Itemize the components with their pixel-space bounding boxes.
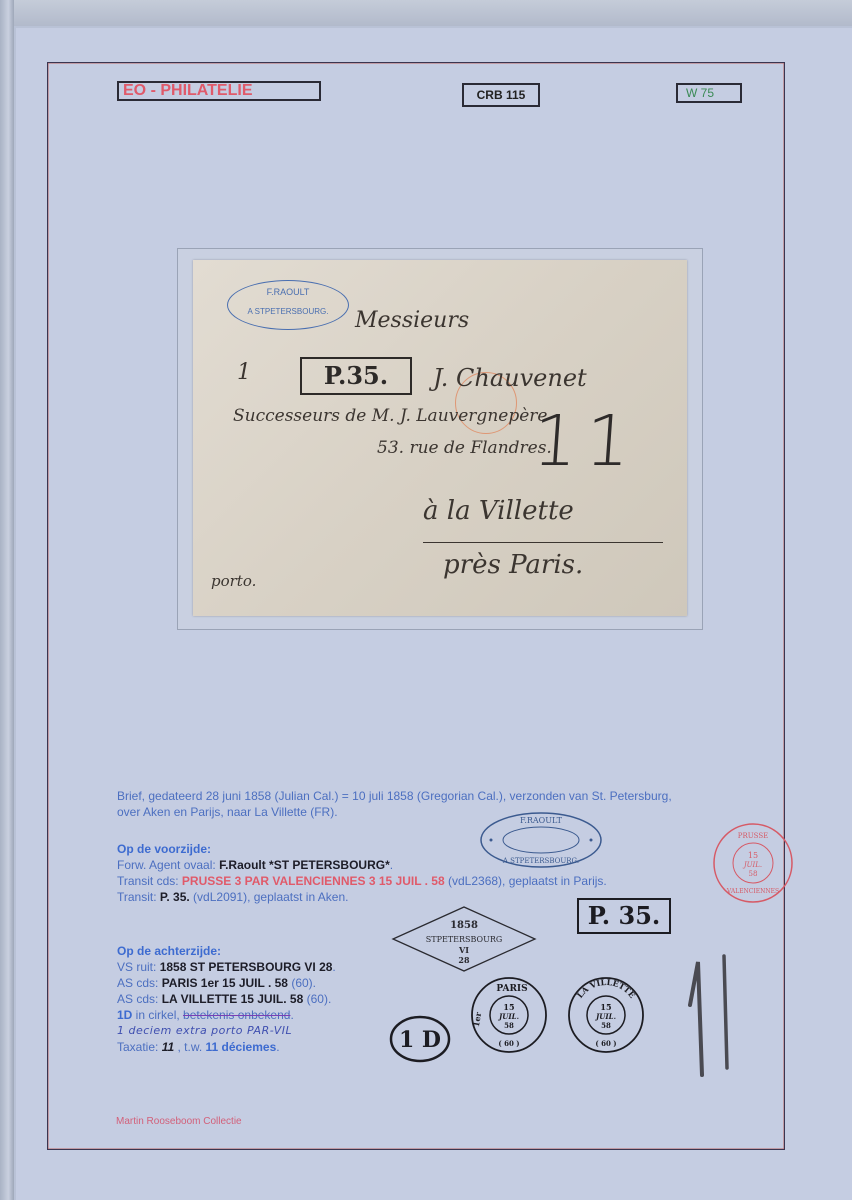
p35-box-stamp: P.35. bbox=[300, 357, 412, 395]
page-title: EO - PHILATELIE bbox=[123, 82, 252, 100]
back-line: AS cds: PARIS 1er 15 JUIL . 58 (60). bbox=[117, 975, 336, 991]
svg-text:VI: VI bbox=[458, 945, 469, 955]
address-line: Successeurs de M. J. Lauvergnepère bbox=[233, 406, 547, 426]
suffix: (vdL2368), geplaatst in Parijs. bbox=[445, 874, 607, 888]
svg-text:58: 58 bbox=[601, 1021, 611, 1030]
intro-line: Brief, gedateerd 28 juni 1858 (Julian Ca… bbox=[117, 788, 672, 804]
sheet-ref: W 75 bbox=[686, 86, 714, 100]
svg-text:1858: 1858 bbox=[450, 920, 478, 931]
suffix: . bbox=[332, 960, 335, 974]
circle-1d-illustration: 1 D bbox=[388, 1014, 452, 1064]
address-line: Messieurs bbox=[355, 308, 469, 333]
svg-text:STPETERSBOURG: STPETERSBOURG bbox=[426, 935, 502, 944]
address-line: J. Chauvenet bbox=[433, 364, 587, 392]
svg-text:15: 15 bbox=[600, 1002, 611, 1012]
svg-text:( 60 ): ( 60 ) bbox=[595, 1039, 616, 1048]
oval-bottom-text: A STPETERSBOURG. bbox=[228, 307, 348, 316]
svg-text:15: 15 bbox=[503, 1002, 514, 1012]
raoult-oval-illustration: F.RAOULT A STPETERSBOURG. bbox=[478, 810, 604, 870]
oval-top-text: F.RAOULT bbox=[228, 287, 348, 297]
prusse-cds-illustration: PRUSSE VALENCIENNES 15 JUIL. 58 bbox=[710, 820, 796, 906]
diamond-illustration: 1858 STPETERSBOURG VI 28 bbox=[390, 905, 538, 973]
catalog-ref-box: CRB 115 bbox=[462, 83, 540, 107]
svg-text:( 60 ): ( 60 ) bbox=[498, 1039, 519, 1048]
back-heading: Op de achterzijde: bbox=[117, 943, 336, 959]
prefix-mark: 1 bbox=[237, 360, 251, 385]
suffix: (60). bbox=[288, 976, 316, 990]
svg-text:PARIS: PARIS bbox=[496, 984, 527, 994]
suffix: . bbox=[276, 1040, 279, 1054]
porto-note: porto. bbox=[211, 572, 256, 590]
value: PRUSSE 3 PAR VALENCIENNES 3 15 JUIL . 58 bbox=[182, 874, 445, 888]
back-line: VS ruit: 1858 ST PETERSBOURG VI 28. bbox=[117, 959, 336, 975]
collection-footer: Martin Rooseboom Collectie bbox=[116, 1116, 242, 1127]
address-line: 53. rue de Flandres. bbox=[377, 438, 552, 458]
front-line: Transit: P. 35. (vdL2091), geplaatst in … bbox=[117, 889, 607, 905]
svg-text:58: 58 bbox=[749, 870, 758, 878]
back-line: AS cds: LA VILLETTE 15 JUIL. 58 (60). bbox=[117, 991, 336, 1007]
cover-letter: F.RAOULT A STPETERSBOURG. P.35. Messieur… bbox=[193, 260, 687, 616]
underline bbox=[423, 542, 663, 543]
sleeve-edge bbox=[14, 0, 852, 26]
svg-text:1er: 1er bbox=[471, 1011, 484, 1028]
p35-text: P.35. bbox=[324, 361, 388, 390]
svg-text:JUIL.: JUIL. bbox=[742, 861, 762, 869]
svg-text:F.RAOULT: F.RAOULT bbox=[520, 816, 563, 825]
address-line: près Paris. bbox=[443, 550, 583, 580]
svg-text:A STPETERSBOURG.: A STPETERSBOURG. bbox=[502, 857, 579, 865]
value: PARIS 1er 15 JUIL . 58 bbox=[162, 976, 288, 990]
struck-text: betekenis onbekend bbox=[183, 1008, 290, 1022]
label: Forw. Agent ovaal: bbox=[117, 858, 219, 872]
front-line: Transit cds: PRUSSE 3 PAR VALENCIENNES 3… bbox=[117, 873, 607, 889]
handwritten-note: 1 deciem extra porto PAR-VIL bbox=[117, 1023, 336, 1039]
value: 1858 ST PETERSBOURG VI 28 bbox=[160, 960, 333, 974]
taxe-11-illustration bbox=[680, 950, 740, 1080]
svg-text:JUIL.: JUIL. bbox=[594, 1012, 616, 1021]
label: AS cds: bbox=[117, 976, 162, 990]
suffix: (vdL2091), geplaatst in Aken. bbox=[190, 890, 349, 904]
title-box: EO - PHILATELIE bbox=[117, 81, 321, 101]
back-section: Op de achterzijde: VS ruit: 1858 ST PETE… bbox=[117, 943, 336, 1055]
paris-cds-illustration: PARIS 1er 15 JUIL. 58 ( 60 ) bbox=[466, 976, 552, 1054]
svg-text:PRUSSE: PRUSSE bbox=[738, 832, 768, 840]
svg-text:58: 58 bbox=[504, 1021, 514, 1030]
taxe-mark: 11 bbox=[530, 400, 641, 482]
value: LA VILLETTE 15 JUIL. 58 bbox=[162, 992, 304, 1006]
suffix: . bbox=[390, 858, 393, 872]
sheet-ref-box: W 75 bbox=[676, 83, 742, 103]
svg-text:28: 28 bbox=[458, 955, 470, 965]
svg-text:JUIL.: JUIL. bbox=[497, 1012, 519, 1021]
villette-cds-illustration: LA VILLETTE 15 JUIL. 58 ( 60 ) bbox=[563, 976, 649, 1054]
value: 11 bbox=[162, 1040, 174, 1054]
forwarder-oval-stamp: F.RAOULT A STPETERSBOURG. bbox=[227, 280, 349, 330]
p35-illustration: P. 35. bbox=[577, 898, 671, 934]
svg-text:1 D: 1 D bbox=[399, 1027, 441, 1053]
svg-text:15: 15 bbox=[748, 851, 758, 860]
label: AS cds: bbox=[117, 992, 162, 1006]
p35-illustration-text: P. 35. bbox=[588, 901, 661, 930]
circle-line: 1D in cirkel, betekenis onbekend. bbox=[117, 1007, 336, 1023]
label: Transit: bbox=[117, 890, 160, 904]
value2: 11 déciemes bbox=[206, 1040, 277, 1054]
suffix: . bbox=[290, 1008, 293, 1022]
value: P. 35. bbox=[160, 890, 190, 904]
binder-strip bbox=[0, 0, 14, 1200]
value: F.Raoult *ST PETERSBOURG* bbox=[219, 858, 390, 872]
taxation-line: Taxatie: 11 , t.w. 11 déciemes. bbox=[117, 1039, 336, 1055]
catalog-ref: CRB 115 bbox=[477, 88, 526, 102]
value: 1D bbox=[117, 1008, 132, 1022]
address-line: à la Villette bbox=[423, 496, 574, 526]
mid: , t.w. bbox=[174, 1040, 205, 1054]
label: Transit cds: bbox=[117, 874, 182, 888]
label: in cirkel, bbox=[132, 1008, 183, 1022]
svg-text:VALENCIENNES: VALENCIENNES bbox=[726, 888, 779, 895]
label: VS ruit: bbox=[117, 960, 160, 974]
suffix: (60). bbox=[303, 992, 331, 1006]
label: Taxatie: bbox=[117, 1040, 162, 1054]
